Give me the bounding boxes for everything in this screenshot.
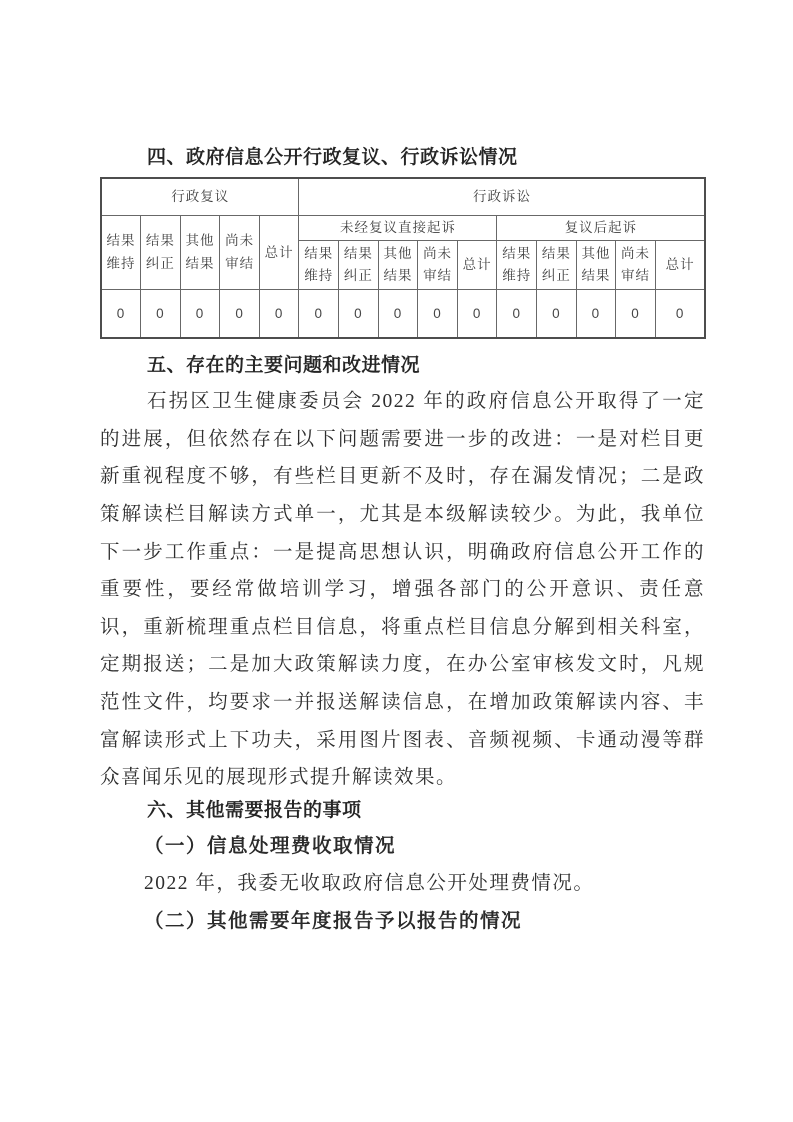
table-value-row: 0 0 0 0 0 0 0 0 0 0 0 0 0 0 0 xyxy=(101,290,705,339)
table-value: 0 xyxy=(497,290,537,339)
table-value: 0 xyxy=(101,290,141,339)
table-value: 0 xyxy=(457,290,497,339)
section-four-heading: 四、政府信息公开行政复议、行政诉讼情况 xyxy=(100,146,705,170)
column-header: 总计 xyxy=(259,216,299,290)
subgroup-header-suit-after-review: 复议后起诉 xyxy=(497,216,705,241)
table-value: 0 xyxy=(616,290,656,339)
column-header: 尚未审结 xyxy=(220,216,260,290)
column-header: 总计 xyxy=(655,241,705,290)
table-value: 0 xyxy=(655,290,705,339)
section-five-paragraph: 石拐区卫生健康委员会 2022 年的政府信息公开取得了一定的进展，但依然存在以下… xyxy=(100,383,705,797)
group-header-litigation: 行政诉讼 xyxy=(299,178,705,216)
column-header: 尚未审结 xyxy=(616,241,656,290)
table-value: 0 xyxy=(378,290,418,339)
table-value: 0 xyxy=(339,290,379,339)
subgroup-header-direct-suit: 未经复议直接起诉 xyxy=(299,216,497,241)
table-value: 0 xyxy=(220,290,260,339)
subsection-one-heading: （一）信息处理费收取情况 xyxy=(100,828,705,866)
table-value: 0 xyxy=(576,290,616,339)
reconsideration-litigation-table: 行政复议 行政诉讼 结果维持 结果纠正 其他结果 尚未审结 总计 未经复议直接起… xyxy=(100,177,706,339)
subsection-one-paragraph: 2022 年，我委无收取政府信息公开处理费情况。 xyxy=(100,865,705,903)
column-header: 结果维持 xyxy=(497,241,537,290)
column-header: 结果纠正 xyxy=(339,241,379,290)
table-subgroup-row: 结果维持 结果纠正 其他结果 尚未审结 总计 未经复议直接起诉 复议后起诉 xyxy=(101,216,705,241)
column-header: 其他结果 xyxy=(378,241,418,290)
column-header: 结果维持 xyxy=(299,241,339,290)
table-value: 0 xyxy=(259,290,299,339)
column-header: 尚未审结 xyxy=(418,241,458,290)
table-value: 0 xyxy=(418,290,458,339)
column-header: 结果纠正 xyxy=(537,241,577,290)
table-value: 0 xyxy=(299,290,339,339)
section-five-heading: 五、存在的主要问题和改进情况 xyxy=(100,354,705,378)
table-value: 0 xyxy=(180,290,220,339)
document-page: { "document": { "section_four": { "headi… xyxy=(0,0,793,1122)
column-header: 结果维持 xyxy=(101,216,141,290)
table-value: 0 xyxy=(141,290,181,339)
table-group-row: 行政复议 行政诉讼 xyxy=(101,178,705,216)
column-header: 总计 xyxy=(457,241,497,290)
document-content: 四、政府信息公开行政复议、行政诉讼情况 行政复议 行政诉讼 结果维持 结果纠正 … xyxy=(100,146,705,941)
section-six-heading: 六、其他需要报告的事项 xyxy=(100,799,705,823)
column-header: 其他结果 xyxy=(576,241,616,290)
subsection-two-heading: （二）其他需要年度报告予以报告的情况 xyxy=(100,903,705,941)
column-header: 结果纠正 xyxy=(141,216,181,290)
table-value: 0 xyxy=(537,290,577,339)
column-header: 其他结果 xyxy=(180,216,220,290)
group-header-reconsideration: 行政复议 xyxy=(101,178,299,216)
